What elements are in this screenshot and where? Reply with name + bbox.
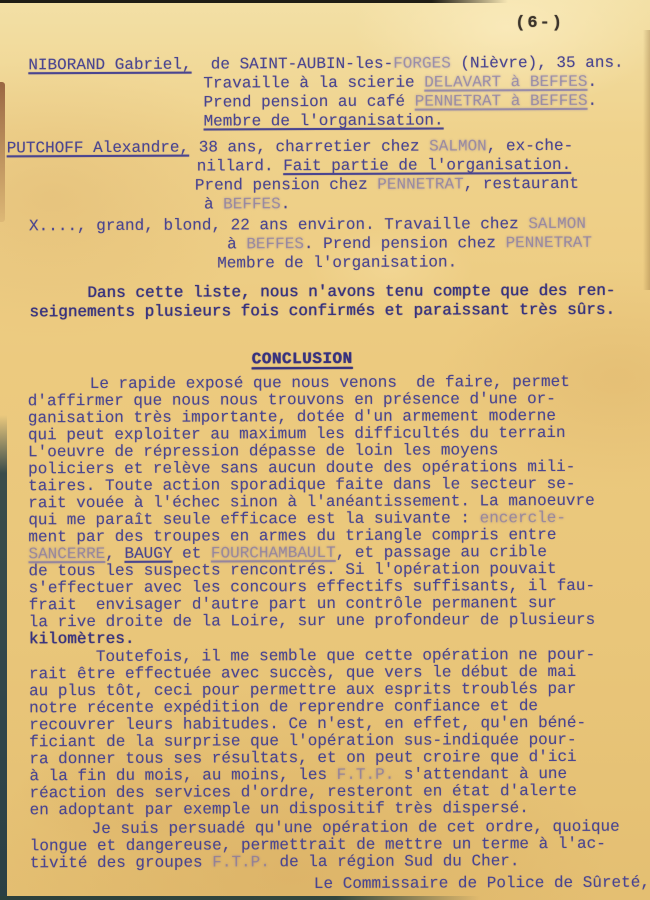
text-segment: à (204, 195, 223, 213)
entry-x: X...., grand, blond, 22 ans environ. Tra… (0, 215, 649, 275)
text-segment: de la région Sud du Cher. (270, 852, 520, 871)
text-segment: F.T.P. (212, 853, 270, 871)
text-segment: Membre de l'organisation. (217, 253, 457, 272)
heading-conclusion: CONCLUSION (0, 348, 650, 371)
text-segment: , ex-che- (487, 137, 573, 155)
text-segment: s'attendant à une (394, 765, 567, 784)
text-line: tivité des groupes F.T.P. de la région S… (2, 853, 650, 873)
text-segment: BEFFES (223, 195, 281, 213)
para-conclusion-2: Toutefois, il me semble que cette opérat… (1, 647, 650, 820)
para-conclusion-3: Je suis persuadé qu'une opération de cet… (2, 819, 650, 873)
text-segment: Travaille à la scierie (203, 74, 424, 93)
text-line: Membre de l'organisation. (0, 253, 649, 275)
text-line: la rive droite de la Loire, sur une prof… (1, 612, 650, 632)
text-segment: Fait partie de l'organisation. (283, 156, 571, 175)
text-segment: SANCERRE (28, 545, 105, 563)
text-segment: encercle- (480, 509, 566, 527)
signature-line: Le Commissaire de Police de Sûreté, (2, 875, 650, 895)
text-segment: , restaurant (464, 175, 579, 194)
text-segment: et (172, 544, 210, 562)
text-line: Membre de l'organisation. (0, 111, 649, 133)
text-segment: tivité des groupes (30, 853, 213, 872)
text-line: en adoptant par exemple un dispositif tr… (2, 800, 650, 820)
text-segment: BAUGY (124, 545, 172, 563)
text-segment: PUTCHOFF Alexandre, (7, 139, 190, 158)
text-line: à BEFFES. (0, 194, 649, 216)
text-segment: X...., grand, blond, 22 ans environ. Tra… (29, 215, 528, 235)
text-segment: Membre de l'organisation. (204, 111, 444, 130)
text-segment: BEFFES (246, 235, 304, 253)
text-segment: 38 ans, charretier chez (189, 138, 429, 157)
text-segment: PENNETRAT (377, 175, 463, 193)
text-segment: FOURCHAMBAULT (211, 544, 336, 563)
text-segment: PENNETRAT (506, 234, 592, 252)
document-body: NIBORAND Gabriel, de SAINT-AUBIN-les-FOR… (0, 0, 650, 900)
text-line: à BEFFES. Prend pension chez PENNETRAT (0, 234, 649, 256)
text-segment: Prend pension au café (203, 93, 414, 112)
text-segment: kilomètres. (29, 630, 135, 648)
text-segment: , et passage au crible (336, 543, 547, 562)
text-segment: la rive droite de la Loire, sur une prof… (29, 611, 596, 631)
text-segment: (Nièvre), 35 ans. (451, 54, 624, 73)
text-line: CONCLUSION (0, 348, 650, 371)
text-segment: . Prend pension chez (304, 234, 506, 253)
text-segment: nillard. (197, 157, 283, 175)
text-line: Prend pension chez PENNETRAT, restaurant (0, 175, 649, 197)
text-segment: PENNETRAT à BEFFES (415, 92, 588, 111)
text-line: seignements plusieurs fois confirmés et … (0, 301, 649, 323)
text-segment: . (281, 195, 291, 213)
text-line: Le Commissaire de Police de Sûreté, (2, 875, 650, 895)
text-segment: NIBORAND Gabriel, (28, 56, 191, 75)
text-segment: , (105, 545, 124, 563)
text-line: Prend pension au café PENNETRAT à BEFFES… (0, 92, 649, 114)
text-segment: à (227, 235, 246, 253)
text-segment: SALMON (528, 215, 586, 233)
entry-putchoff: PUTCHOFF Alexandre, 38 ans, charretier c… (0, 137, 649, 216)
para-conclusion-1: Le rapide exposé que nous venons de fair… (0, 374, 650, 649)
text-segment: en adoptant par exemple un dispositif tr… (30, 799, 529, 819)
text-segment: de SAINT-AUBIN-les- (192, 55, 394, 74)
text-segment: . (588, 92, 598, 110)
text-segment: seignements plusieurs fois confirmés et … (29, 301, 615, 322)
text-segment: DELAVART à BEFFES (424, 73, 587, 92)
text-segment: F.T.P. (337, 766, 395, 784)
entry-niborand: NIBORAND Gabriel, de SAINT-AUBIN-les-FOR… (0, 54, 649, 133)
text-segment: Prend pension chez (195, 176, 378, 195)
text-segment: CONCLUSION (252, 350, 353, 368)
text-segment: Dans cette liste, nous n'avons tenu comp… (87, 282, 615, 302)
text-segment: SALMON (429, 137, 487, 155)
para-liste: Dans cette liste, nous n'avons tenu comp… (0, 282, 649, 323)
text-segment: Le Commissaire de Police de Sûreté, (314, 874, 650, 893)
text-segment: . (587, 73, 597, 91)
text-segment: FORGES (393, 54, 451, 72)
